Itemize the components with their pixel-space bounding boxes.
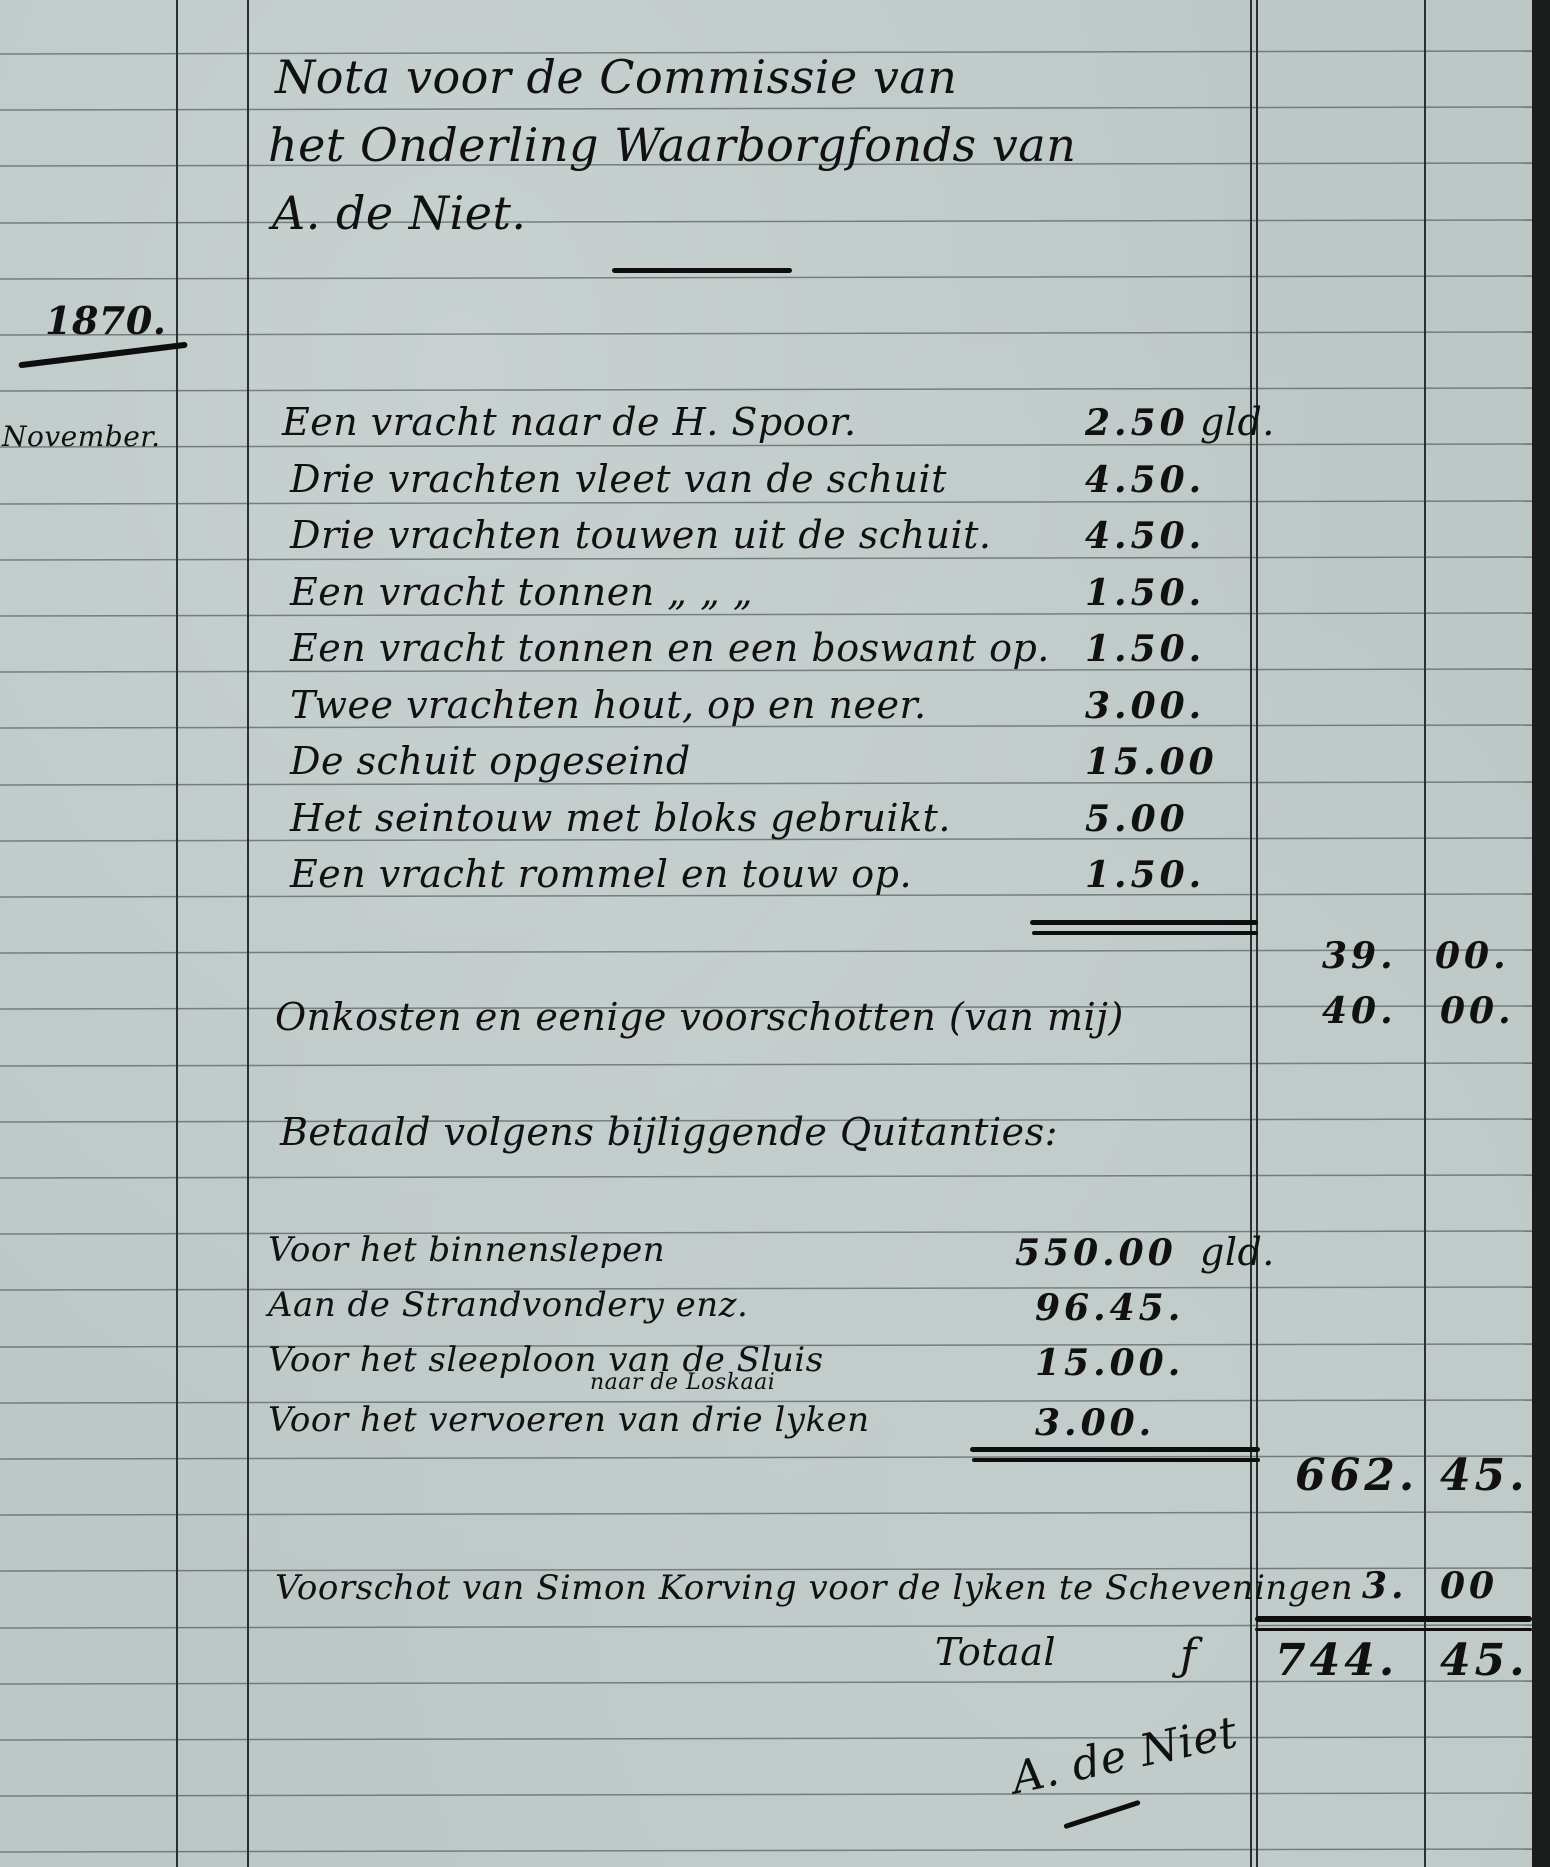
year-label: 1870. [45, 298, 167, 343]
page-edge-shadow [1532, 0, 1550, 1867]
advance-description: Voorschot van Simon Korving voor de lyke… [275, 1568, 1353, 1608]
signature: A. de Niet [1007, 1707, 1242, 1805]
paid-item-amount: 550.00 [1015, 1232, 1177, 1274]
paid-double-underline-2 [972, 1458, 1260, 1462]
date-column-rule [176, 0, 178, 1867]
paid-double-underline-1 [970, 1447, 1260, 1452]
freight-item-description: Een vracht naar de H. Spoor. [282, 400, 857, 444]
freight-subtotal-cents: 00. [1435, 935, 1510, 977]
expenses-description: Onkosten en eenige voorschotten (van mij… [275, 995, 1124, 1039]
title-line-1: Nota voor de Commissie van [275, 50, 957, 104]
freight-item-description: Een vracht tonnen en een boswant op. [290, 626, 1050, 670]
title-underline [612, 268, 792, 273]
paid-item-description: Aan de Strandvondery enz. [268, 1285, 748, 1325]
freight-double-underline-2 [1032, 931, 1258, 935]
freight-item-unit: gld. [1200, 400, 1275, 444]
paid-item-description: Voor het vervoeren van drie lyken [268, 1400, 870, 1440]
freight-item-description: Drie vrachten vleet van de schuit [290, 457, 947, 501]
paid-item-description: Voor het binnenslepen [268, 1230, 665, 1270]
signature-underline [1063, 1800, 1141, 1829]
freight-item-amount: 3.00. [1085, 685, 1205, 727]
total-label: Totaal [935, 1630, 1056, 1674]
freight-item-amount: 1.50. [1085, 854, 1205, 896]
freight-item-amount: 1.50. [1085, 572, 1205, 614]
paid-item-amount: 96.45. [1035, 1287, 1184, 1329]
year-underline [18, 342, 187, 369]
cents-column-rule [1424, 0, 1426, 1867]
paid-subtotal-guilders: 662. [1295, 1450, 1418, 1501]
title-line-2: het Onderling Waarborgfonds van [268, 118, 1076, 172]
total-rule-1 [1255, 1616, 1532, 1622]
advance-guilders: 3. [1362, 1565, 1408, 1607]
freight-item-amount: 5.00 [1085, 798, 1189, 840]
freight-item-amount: 15.00 [1085, 741, 1218, 783]
title-line-3: A. de Niet. [272, 186, 527, 240]
freight-item-amount: 4.50. [1085, 515, 1205, 557]
freight-item-amount: 4.50. [1085, 459, 1205, 501]
freight-double-underline-1 [1030, 920, 1258, 925]
freight-item-description: Een vracht tonnen „ „ „ [290, 570, 753, 614]
paid-item-amount: 3.00. [1035, 1402, 1155, 1444]
freight-item-description: Twee vrachten hout, op en neer. [290, 683, 927, 727]
expenses-guilders: 40. [1322, 990, 1397, 1032]
paid-item-amount: 15.00. [1035, 1342, 1184, 1384]
freight-item-amount: 1.50. [1085, 628, 1205, 670]
total-rule-2 [1255, 1628, 1532, 1631]
freight-item-description: Een vracht rommel en touw op. [290, 852, 912, 896]
paid-item-unit: gld. [1200, 1230, 1275, 1274]
guilder-symbol: ƒ [1180, 1630, 1197, 1681]
margin-rule [247, 0, 249, 1867]
paid-heading: Betaald volgens bijliggende Quitanties: [280, 1110, 1058, 1154]
total-guilders: 744. [1275, 1635, 1398, 1686]
total-cents: 45. [1440, 1635, 1529, 1686]
freight-item-description: De schuit opgeseind [290, 739, 691, 783]
freight-item-description: Drie vrachten touwen uit de schuit. [290, 513, 992, 557]
freight-item-amount: 2.50 [1085, 402, 1189, 444]
paid-subtotal-cents: 45. [1440, 1450, 1529, 1501]
freight-item-description: Het seintouw met bloks gebruikt. [290, 796, 951, 840]
freight-subtotal-guilders: 39. [1322, 935, 1397, 977]
expenses-cents: 00. [1440, 990, 1515, 1032]
ledger-page: Nota voor de Commissie van het Onderling… [0, 0, 1532, 1867]
paid-item-note: naar de Loskaai [590, 1370, 775, 1395]
month-label: November. [2, 420, 161, 453]
advance-cents: 00 [1440, 1565, 1498, 1607]
